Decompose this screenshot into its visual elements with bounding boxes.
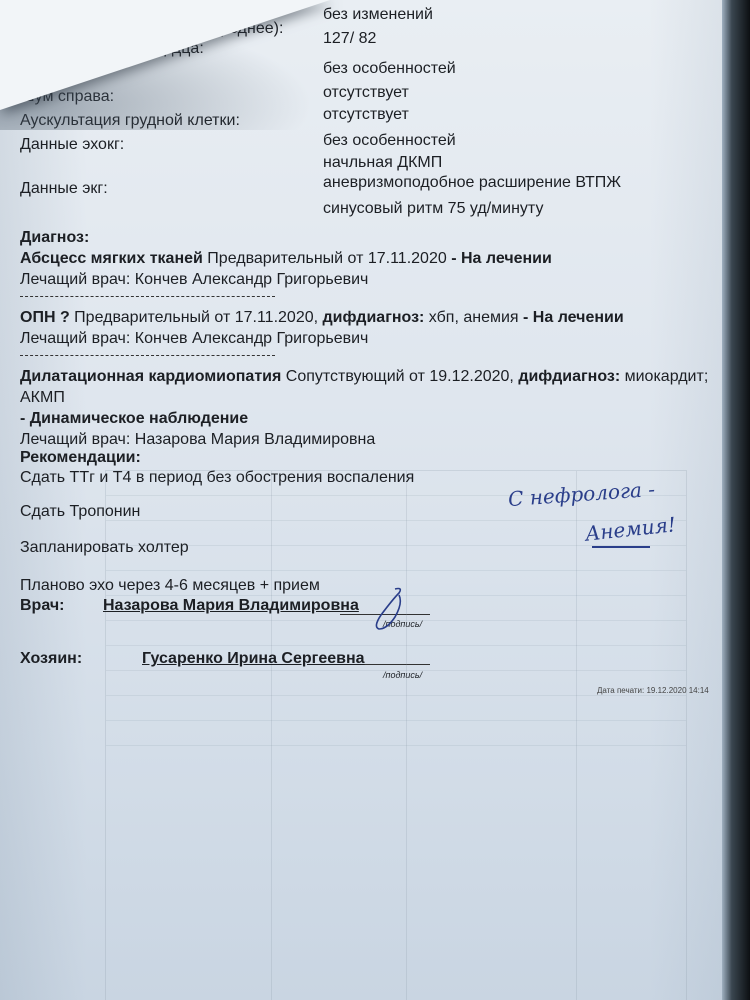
- diagnosis-name: ОПН ?: [20, 309, 70, 326]
- recommendation-item: Сдать ТТг и Т4 в период без обострения в…: [20, 468, 414, 488]
- diagnosis-outcome: - На лечении: [523, 309, 624, 326]
- recommendation-item: Планово эхо через 4-6 месяцев + прием: [20, 576, 414, 596]
- recommendations-section: Рекомендации: Сдать ТТг и Т4 в период бе…: [20, 448, 414, 596]
- separator: [20, 296, 275, 297]
- background-edge: [722, 0, 750, 1000]
- owner-name: Гусаренко Ирина Сергеевна: [142, 650, 365, 668]
- doctor-label: Врач:: [20, 597, 64, 614]
- doctor-name: Назарова Мария Владимировна: [103, 597, 359, 615]
- diagnosis-name: Абсцесс мягких тканей: [20, 250, 203, 267]
- treating-doctor: Лечащий врач: Кончев Александр Григорьев…: [20, 328, 710, 349]
- document-page: без изменений г., среднее): 127/ 82 ици …: [0, 0, 722, 1000]
- diagnosis-item: Дилатационная кардиомиопатия Сопутствующ…: [20, 366, 710, 450]
- exam-row: Данные экг: синусовый ритм 75 уд/минуту: [20, 180, 700, 202]
- treating-doctor: Лечащий врач: Назарова Мария Владимировн…: [20, 429, 710, 450]
- exam-row: Данные эхокг: начльная ДКМП: [20, 136, 700, 158]
- recommendation-item: Запланировать холтер: [20, 538, 414, 558]
- folded-page-corner: [0, 0, 330, 110]
- recommendation-item: Сдать Тропонин: [20, 502, 414, 522]
- diagnosis-item: ОПН ? Предварительный от 17.11.2020, диф…: [20, 307, 710, 356]
- diagnosis-item: Абсцесс мягких тканей Предварительный от…: [20, 248, 710, 297]
- owner-label: Хозяин:: [20, 650, 82, 667]
- print-date: Дата печати: 19.12.2020 14:14: [597, 686, 709, 695]
- handwritten-underline: [592, 546, 650, 548]
- doctor-signature-row: Врач: Назарова Мария Владимировна: [20, 597, 64, 615]
- owner-signature-row: Хозяин: Гусаренко Ирина Сергеевна: [20, 650, 82, 668]
- diagnosis-section: Диагноз: Абсцесс мягких тканей Предварит…: [20, 227, 710, 450]
- diagnosis-heading: Диагноз:: [20, 227, 710, 248]
- treating-doctor: Лечащий врач: Кончев Александр Григорьев…: [20, 269, 710, 290]
- separator: [20, 355, 275, 356]
- recommendations-heading: Рекомендации:: [20, 448, 414, 468]
- pen-signature-icon: [365, 585, 415, 635]
- diagnosis-name: Дилатационная кардиомиопатия: [20, 368, 281, 385]
- diagnosis-outcome: - На лечении: [451, 250, 552, 267]
- diagnosis-outcome: - Динамическое наблюдение: [20, 408, 710, 429]
